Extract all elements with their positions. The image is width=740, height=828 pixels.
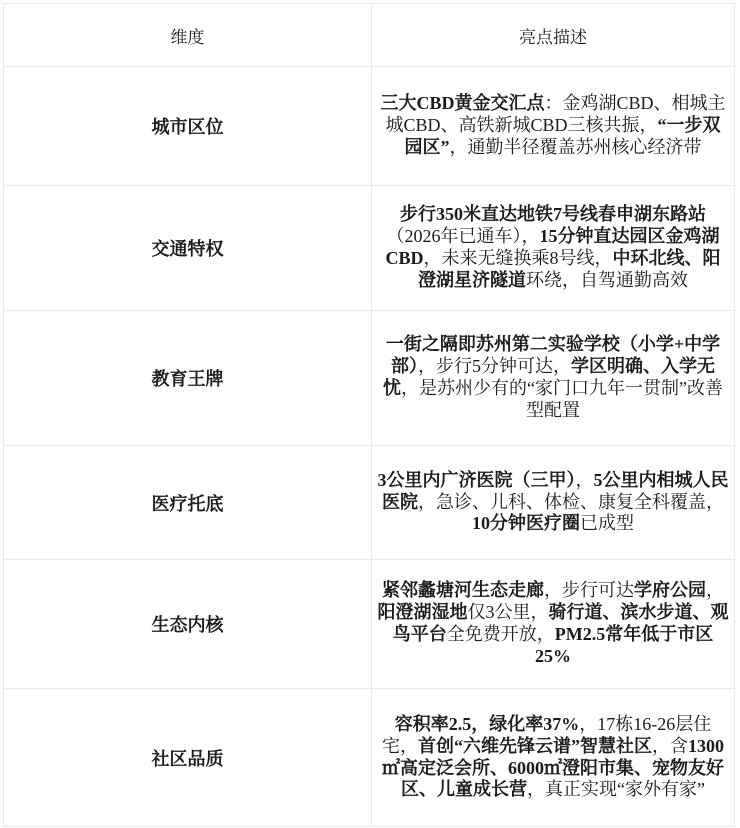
dimension-label: 社区品质	[4, 689, 372, 826]
description-cell: 容积率2.5，绿化率37%，17栋16-26层住宅，首创“六维先锋云谱”智慧社区…	[372, 689, 734, 826]
dimension-label: 医疗托底	[4, 446, 372, 559]
table-row: 医疗托底3公里内广济医院（三甲），5公里内相城人民医院，急诊、儿科、体检、康复全…	[4, 446, 734, 560]
description-segment: ，	[576, 470, 594, 490]
description-highlight: 容积率2.5，绿化率37%	[395, 714, 580, 734]
dimension-label: 生态内核	[4, 560, 372, 688]
description-highlight: PM2.5常年低于市区25%	[535, 624, 713, 666]
table-row: 生态内核紧邻蠡塘河生态走廊，步行可达学府公园，阳澄湖湿地仅3公里，骑行道、滨水步…	[4, 560, 734, 689]
description-cell: 紧邻蠡塘河生态走廊，步行可达学府公园，阳澄湖湿地仅3公里，骑行道、滨水步道、观鸟…	[372, 560, 734, 688]
description-segment: 已成型	[580, 513, 634, 533]
description-segment: ，	[706, 580, 724, 600]
column-header-dimension: 维度	[4, 4, 372, 66]
description-text: 3公里内广济医院（三甲），5公里内相城人民医院，急诊、儿科、体检、康复全科覆盖，…	[377, 470, 729, 535]
dimension-label: 教育王牌	[4, 311, 372, 445]
highlights-table: 维度 亮点描述 城市区位三大CBD黄金交汇点：金鸡湖CBD、相城主城CBD、高铁…	[3, 3, 735, 827]
description-text: 步行350米直达地铁7号线春申湖东路站（2026年已通车），15分钟直达园区金鸡…	[377, 204, 729, 291]
table-row: 城市区位三大CBD黄金交汇点：金鸡湖CBD、相城主城CBD、高铁新城CBD三核共…	[4, 67, 734, 186]
description-segment: ，急诊、儿科、体检、康复全科覆盖，	[418, 492, 724, 512]
description-segment: ，是苏州少有的“家门口九年一贯制”改善型配置	[401, 378, 723, 420]
description-segment: （2026年已通车），	[387, 226, 540, 246]
description-highlight: 首创“六维先锋云谱”智慧社区	[418, 736, 652, 756]
description-segment: ，步行5分钟可达，	[418, 356, 571, 376]
description-segment: 环绕，自驾通勤高效	[526, 270, 688, 290]
description-highlight: 阳澄湖湿地	[378, 602, 468, 622]
description-text: 紧邻蠡塘河生态走廊，步行可达学府公园，阳澄湖湿地仅3公里，骑行道、滨水步道、观鸟…	[377, 580, 729, 667]
description-segment: ，含	[652, 736, 688, 756]
table-row: 社区品质容积率2.5，绿化率37%，17栋16-26层住宅，首创“六维先锋云谱”…	[4, 689, 734, 826]
description-segment: 全免费开放，	[447, 624, 555, 644]
description-highlight: 紧邻蠡塘河生态走廊	[382, 580, 544, 600]
description-text: 一街之隔即苏州第二实验学校（小学+中学部），步行5分钟可达，学区明确、入学无忧，…	[377, 334, 729, 421]
dimension-label: 城市区位	[4, 67, 372, 185]
description-highlight: 学府公园	[634, 580, 706, 600]
description-segment: ，真正实现“家外有家”	[527, 779, 705, 799]
table-header-row: 维度 亮点描述	[4, 4, 734, 67]
description-text: 三大CBD黄金交汇点：金鸡湖CBD、相城主城CBD、高铁新城CBD三核共振，“一…	[377, 93, 729, 158]
description-cell: 三大CBD黄金交汇点：金鸡湖CBD、相城主城CBD、高铁新城CBD三核共振，“一…	[372, 67, 734, 185]
description-highlight: 三大CBD黄金交汇点	[380, 93, 544, 113]
description-segment: 仅3公里，	[468, 602, 549, 622]
description-segment: ，未来无缝换乘8号线，	[424, 248, 613, 268]
description-segment: ，步行可达	[544, 580, 634, 600]
description-cell: 一街之隔即苏州第二实验学校（小学+中学部），步行5分钟可达，学区明确、入学无忧，…	[372, 311, 734, 445]
table-row: 教育王牌一街之隔即苏州第二实验学校（小学+中学部），步行5分钟可达，学区明确、入…	[4, 311, 734, 446]
description-highlight: 步行350米直达地铁7号线春申湖东路站	[400, 204, 706, 224]
description-highlight: 10分钟医疗圈	[472, 513, 580, 533]
description-segment: ，通勤半径覆盖苏州核心经济带	[450, 137, 702, 157]
description-text: 容积率2.5，绿化率37%，17栋16-26层住宅，首创“六维先锋云谱”智慧社区…	[377, 714, 729, 801]
description-cell: 3公里内广济医院（三甲），5公里内相城人民医院，急诊、儿科、体检、康复全科覆盖，…	[372, 446, 734, 559]
description-highlight: 3公里内广济医院（三甲）	[378, 470, 576, 490]
dimension-label: 交通特权	[4, 186, 372, 310]
description-cell: 步行350米直达地铁7号线春申湖东路站（2026年已通车），15分钟直达园区金鸡…	[372, 186, 734, 310]
column-header-description: 亮点描述	[372, 4, 734, 66]
table-row: 交通特权步行350米直达地铁7号线春申湖东路站（2026年已通车），15分钟直达…	[4, 186, 734, 311]
